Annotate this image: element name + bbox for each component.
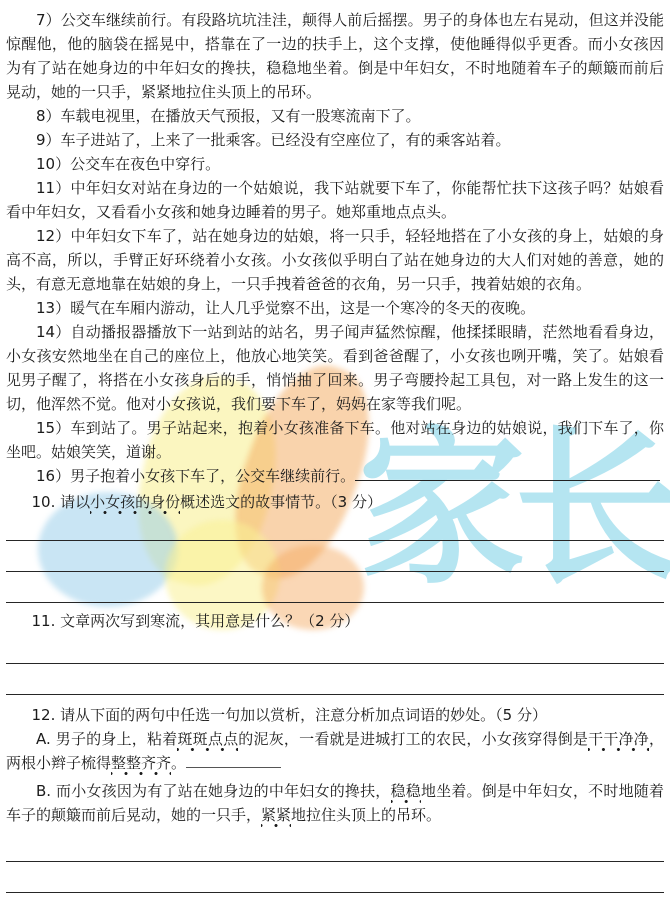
paragraph-16-text: 16）男子抱着小女孩下车了，公交车继续前行。 (36, 467, 355, 485)
option-a-text: 的泥灰，一看就是进城打工的农民，小女孩穿得倒是 (238, 730, 588, 748)
document-page: 家长 7）公交车继续前行。有段路坑坑洼洼，颠得人前后摇摆。男子的身体也左右晃动，… (0, 0, 670, 913)
passage-paragraph-14: 14）自动播报器播放下一站到站的站名，男子闻声猛然惊醒，他揉揉眼睛，茫然地看看身… (6, 320, 664, 416)
question-12-option-b: B. 而小女孩因为有了站在她身边的中年妇女的搀扶，稳稳地坐着。倒是中年妇女，不时… (6, 779, 664, 827)
answer-line (6, 827, 664, 862)
option-a-emphasized-text: 斑斑点点 (177, 730, 238, 752)
question-10-emphasized-text: 小女孩的身份 (90, 493, 180, 515)
question-10: 10. 请以小女孩的身份概述选文的故事情节。（3 分） (6, 490, 664, 514)
inline-blank-line (186, 752, 281, 768)
option-b-emphasized-text: 紧紧 (261, 806, 291, 828)
passage-paragraph-16: 16）男子抱着小女孩下车了，公交车继续前行。 (6, 464, 664, 488)
question-12-option-a: A. 男子的身上，粘着斑斑点点的泥灰，一看就是进城打工的农民，小女孩穿得倒是干干… (6, 727, 664, 775)
option-b-text: B. 而小女孩因为有了站在她身边的中年妇女的搀扶， (36, 782, 391, 800)
question-12: 12. 请从下面的两句中任选一句加以赏析，注意分析加点词语的妙处。（5 分） (6, 703, 664, 727)
passage-paragraph-13: 13）暖气在车厢内游动，让人几乎觉察不出，这是一个寒冷的冬天的夜晚。 (6, 296, 664, 320)
option-a-text: A. 男子的身上，粘着 (36, 730, 177, 748)
option-a-text: 。 (171, 754, 186, 772)
passage-paragraph-7: 7）公交车继续前行。有段路坑坑洼洼，颠得人前后摇摆。男子的身体也左右晃动，但这并… (6, 8, 664, 104)
passage-paragraph-8: 8）车载电视里，在播放天气预报，又有一股寒流南下了。 (6, 104, 664, 128)
answer-line (6, 664, 664, 695)
question-10-post: 概述选文的故事情节。（3 分） (180, 493, 382, 511)
answer-line (6, 862, 664, 893)
answer-line (6, 572, 664, 603)
option-b-text: 地拉住头顶上的吊环。 (291, 806, 441, 824)
passage-paragraph-11: 11）中年妇女对站在身边的一个姑娘说，我下站就要下车了，你能帮忙扶下这孩子吗？姑… (6, 176, 664, 224)
question-11: 11. 文章两次写到寒流，其用意是什么？（2 分） (6, 609, 664, 633)
answer-line (6, 514, 664, 541)
document-content: 7）公交车继续前行。有段路坑坑洼洼，颠得人前后摇摆。男子的身体也左右晃动，但这并… (0, 0, 670, 893)
option-a-emphasized-text: 干干净净 (588, 730, 649, 752)
inline-blank-line (355, 465, 660, 481)
passage-paragraph-10: 10）公交车在夜色中穿行。 (6, 152, 664, 176)
option-a-emphasized-text: 整整齐齐 (111, 754, 171, 776)
passage-paragraph-9: 9）车子进站了，上来了一批乘客。已经没有空座位了，有的乘客站着。 (6, 128, 664, 152)
passage-paragraph-12: 12）中年妇女下车了，站在她身边的姑娘，将一只手，轻轻地搭在了小女孩的身上，姑娘… (6, 224, 664, 296)
passage-paragraph-15: 15）车到站了。男子站起来，抱着小女孩准备下车。他对站在身边的姑娘说，我们下车了… (6, 416, 664, 464)
answer-line (6, 541, 664, 572)
question-10-pre: 10. 请以 (32, 493, 91, 511)
answer-line (6, 633, 664, 664)
option-b-emphasized-text: 稳稳 (391, 782, 421, 804)
